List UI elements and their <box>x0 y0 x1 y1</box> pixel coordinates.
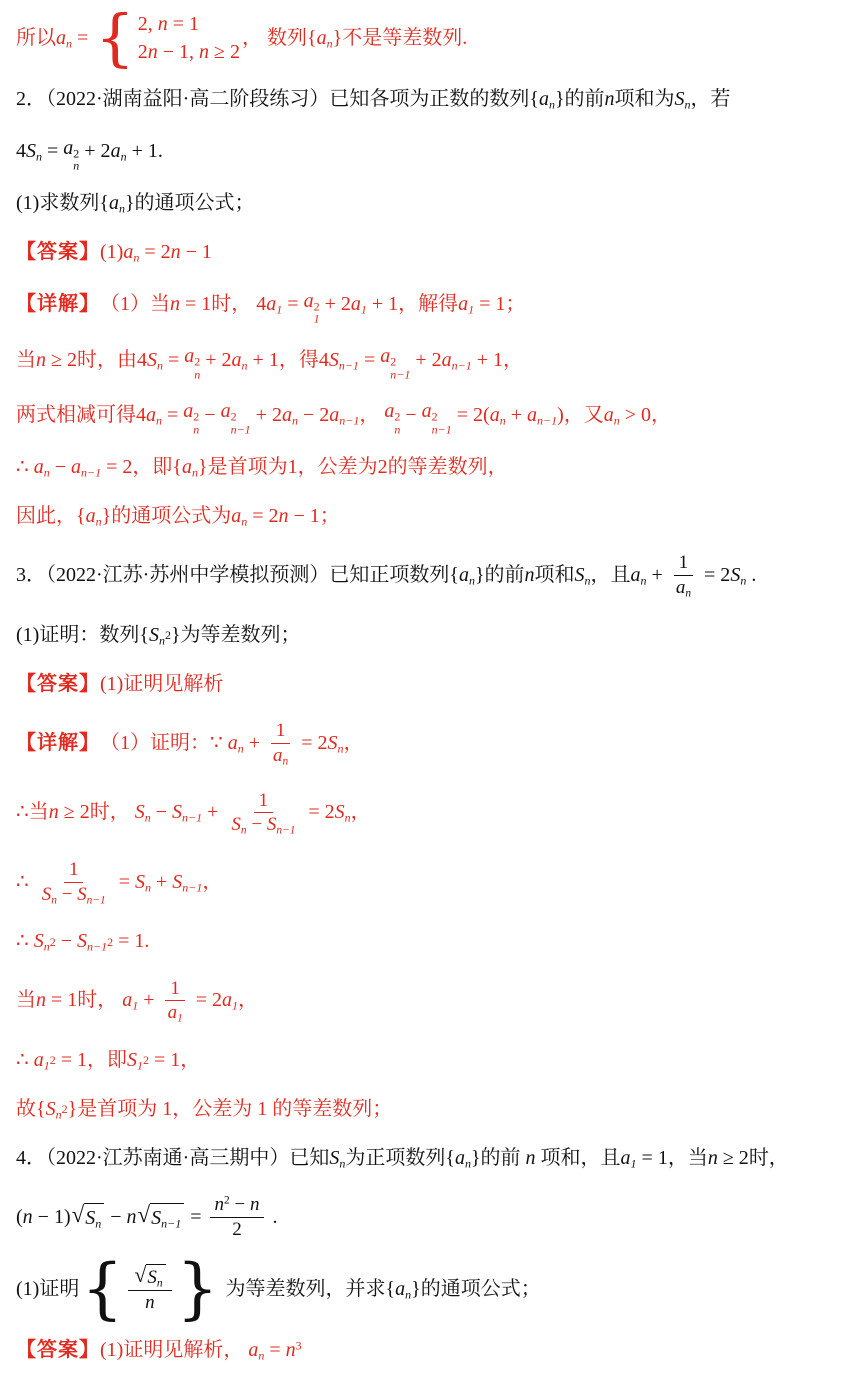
fraction-denominator: n <box>140 1291 160 1315</box>
text-line-13: 【答案】(1)证明见解析 <box>16 670 833 698</box>
math-operator: − 1 <box>181 239 212 266</box>
math-operator: . <box>267 1204 277 1231</box>
math-operator: ∴ <box>16 799 29 826</box>
math-variable: Sn <box>85 1207 101 1229</box>
math-operator: + <box>138 987 159 1014</box>
sub-sup-stack: 2n−1 <box>432 411 452 436</box>
text-run: 因此， <box>16 503 76 530</box>
cases-rows: 2, n = 12n − 1, n ≥ 2 <box>138 12 240 64</box>
math-variable: Sn <box>34 928 50 955</box>
variable-base: S <box>135 801 145 823</box>
math-operator: { <box>445 1145 455 1172</box>
math-variable: an <box>182 454 198 481</box>
math-operator: 1 <box>170 978 180 999</box>
variable-base: a <box>380 345 390 367</box>
variable-base: a <box>109 192 119 214</box>
math-subscript: n−1 <box>87 940 107 954</box>
math-variable: a1 <box>351 291 367 318</box>
math-variable: an <box>273 745 288 766</box>
text-line-12: (1)证明：数列{Sn2}为等差数列； <box>16 621 833 649</box>
variable-base: S <box>147 1267 157 1288</box>
text-run: 是首项为 <box>208 454 288 481</box>
variable-base: a <box>621 1147 631 1169</box>
text-run: ， <box>238 987 258 1014</box>
math-operator: − <box>57 884 77 905</box>
text-line-19: ∴ a12 = 1，即S12 = 1， <box>16 1046 833 1074</box>
math-operator: } <box>68 1096 78 1123</box>
math-subscript: n <box>157 1277 163 1289</box>
math-operator: + 2 <box>410 347 441 374</box>
marker-label: 【答案】 <box>16 1337 100 1364</box>
radicand: Sn−1 <box>150 1203 184 1232</box>
math-variable: an <box>232 347 248 374</box>
fraction: 1Sn − Sn−1 <box>226 789 300 838</box>
math-variable: Sn−1 <box>329 347 359 374</box>
math-variable: an <box>56 25 72 52</box>
variable-base: a <box>304 290 314 312</box>
math-operator: + <box>244 730 265 757</box>
text-run: 两式相减可得 <box>16 402 136 429</box>
math-variable: Sn <box>42 884 57 905</box>
math-operator: = 1 <box>168 13 199 35</box>
math-operator: . <box>746 562 756 589</box>
math-variable: a1 <box>266 291 282 318</box>
text-run: ，又 <box>564 402 604 429</box>
text-run: 是首项为 1，公差为 1 的等差数列； <box>77 1096 392 1123</box>
math-variable: Sn−1 <box>172 799 202 826</box>
math-operator: 4 <box>16 138 26 165</box>
math-operator: = <box>359 347 380 374</box>
math-operator: + 1 <box>367 291 398 318</box>
math-operator: + 1. <box>127 138 163 165</box>
text-run: 当 <box>16 347 36 374</box>
text-run: 项和为 <box>615 86 675 113</box>
math-variable: a2n <box>184 343 200 377</box>
variable-base: a <box>222 989 232 1011</box>
text-line-4: (1)求数列{an}的通项公式； <box>16 190 833 218</box>
variable-base: a <box>266 293 276 315</box>
math-operator: − 1, <box>158 41 199 63</box>
sub-sup-stack: 2n <box>73 147 79 172</box>
math-variable: an <box>490 402 506 429</box>
math-operator: − <box>50 454 71 481</box>
math-subscript: n <box>685 588 691 600</box>
variable-base: S <box>85 1207 95 1229</box>
variable-base: a <box>122 989 132 1011</box>
variable-base: S <box>149 624 159 646</box>
left-brace-icon: { <box>95 12 134 65</box>
math-operator: 1 <box>288 454 298 481</box>
variable-base: S <box>147 349 157 371</box>
math-operator: } <box>471 1145 481 1172</box>
math-variable: Sn <box>231 814 246 835</box>
math-superscript: 2 <box>194 356 200 369</box>
math-variable: Sn <box>147 347 163 374</box>
variable-base: a <box>676 577 686 598</box>
variable-base: a <box>168 1002 178 1023</box>
math-operator: 4 <box>137 347 147 374</box>
math-subscript: n−1 <box>87 894 106 906</box>
math-subscript: n−1 <box>182 811 202 825</box>
variable-base: a <box>86 505 96 527</box>
math-operator: { <box>76 503 86 530</box>
math-subscript: n−1 <box>182 881 202 895</box>
radical-icon: √ <box>134 1264 146 1287</box>
math-operator: = 1 <box>46 987 77 1014</box>
math-variable: S1 <box>127 1047 143 1074</box>
math-operator: 1 <box>259 790 269 811</box>
math-subscript: n−1 <box>231 423 251 436</box>
math-variable: a1 <box>621 1145 637 1172</box>
text-line-21: 4．（2022·江苏南通·高三期中）已知Sn为正项数列{an}的前 n 项和，且… <box>16 1144 833 1172</box>
variable-base: S <box>730 564 740 586</box>
text-line-9: ∴ an − an−1 = 2，即{an}是首项为1，公差为2的等差数列， <box>16 453 833 481</box>
math-variable: n3 <box>286 1337 302 1364</box>
sub-sup-stack: 2n <box>394 411 400 436</box>
math-superscript: 2 <box>193 411 199 424</box>
math-operator: = <box>72 25 93 52</box>
variable-base: S <box>172 801 182 823</box>
variable-base: a <box>71 456 81 478</box>
math-superscript: 2 <box>394 411 400 424</box>
fraction-denominator: Sn − Sn−1 <box>226 813 300 837</box>
math-superscript: 2 <box>314 300 320 313</box>
math-operator: { <box>139 622 149 649</box>
text-line-24: 【答案】(1)证明见解析， an = n3 <box>16 1337 833 1365</box>
math-subscript: n <box>394 423 400 436</box>
text-line-14: 【详解】（1）证明：∵ an + 1an = 2Sn， <box>16 719 833 768</box>
variable-base: a <box>351 293 361 315</box>
variable-base: a <box>63 137 73 159</box>
variable-base: S <box>675 88 685 110</box>
math-operator: + 1 <box>472 347 503 374</box>
text-line-3: 4Sn = a2n + 2an + 1. <box>16 135 833 169</box>
math-variable: an−1 <box>71 454 101 481</box>
text-run: 时， <box>90 799 135 826</box>
text-run: ； <box>505 291 525 318</box>
text-run: 3．（2022·江苏·苏州中学模拟预测）已知正项数列 <box>16 562 449 589</box>
math-operator: 2 <box>232 1219 242 1240</box>
text-run: ， <box>344 730 364 757</box>
math-variable: an <box>146 402 162 429</box>
variable-base: a <box>539 88 549 110</box>
math-subscript: n−1 <box>276 825 295 837</box>
math-operator: − <box>199 402 220 429</box>
fraction-numerator: 1 <box>674 551 694 576</box>
text-line-20: 故{Sn2}是首项为 1，公差为 1 的等差数列； <box>16 1095 833 1123</box>
math-subscript: n−1 <box>339 413 359 427</box>
fraction: √Snn <box>128 1264 171 1315</box>
math-variable: Sn <box>575 562 591 589</box>
math-operator: 2 <box>378 454 388 481</box>
math-operator: + <box>506 402 527 429</box>
math-operator: − <box>151 799 172 826</box>
variable-base: S <box>46 1098 56 1120</box>
variable-base: a <box>604 404 614 426</box>
fraction: 1Sn − Sn−1 <box>37 858 111 907</box>
text-run: 故 <box>16 1096 36 1123</box>
math-variable: a2n <box>384 398 400 432</box>
text-line-22: (n − 1)√Sn − n√Sn−1 = n2 − n2 . <box>16 1193 833 1242</box>
math-operator: = 1 <box>474 291 505 318</box>
variable-base: a <box>458 293 468 315</box>
variable-base: S <box>151 1207 161 1229</box>
math-subscript: n−1 <box>81 466 101 480</box>
text-run: ， <box>359 402 384 429</box>
math-variable: an <box>282 402 298 429</box>
math-variable: n <box>605 86 615 113</box>
math-operator: = 2 <box>296 730 327 757</box>
variable-base: a <box>232 349 242 371</box>
math-operator: − 2 <box>298 402 329 429</box>
math-variable: an <box>604 402 620 429</box>
variable-base: a <box>182 456 192 478</box>
math-operator: = <box>282 291 303 318</box>
math-operator: 4 <box>319 347 329 374</box>
variable-base: S <box>329 349 339 371</box>
math-operator: ) <box>557 402 564 429</box>
math-operator: } <box>555 86 565 113</box>
math-variable: n <box>23 1204 33 1231</box>
math-variable: an−1 <box>527 402 557 429</box>
math-operator: ≥ 2 <box>46 347 77 374</box>
math-subscript: n−1 <box>339 358 359 372</box>
math-variable: a2n <box>63 135 79 169</box>
sub-sup-stack: 2n <box>194 356 200 381</box>
marker-label: 【答案】 <box>16 671 100 698</box>
math-subscript: n−1 <box>161 1217 181 1231</box>
math-operator: ≥ 2 <box>209 41 240 63</box>
math-operator: = <box>264 1337 285 1364</box>
math-operator: − 1) <box>33 1204 71 1231</box>
math-variable: a2n <box>183 398 199 432</box>
text-run: 为正项数列 <box>345 1145 445 1172</box>
text-run: (1)求数列 <box>16 190 99 217</box>
radicand: Sn <box>84 1203 104 1232</box>
text-line-11: 3．（2022·江苏·苏州中学模拟预测）已知正项数列{an}的前n项和Sn，且a… <box>16 551 833 600</box>
fraction: 1a1 <box>163 977 188 1026</box>
math-variable: an <box>86 503 102 530</box>
math-operator: = 1. <box>113 928 149 955</box>
math-operator: + <box>151 869 172 896</box>
math-operator: = 2 <box>191 987 222 1014</box>
text-run: ， 数列 <box>242 25 307 52</box>
variable-base: a <box>317 27 327 49</box>
math-operator: { <box>307 25 317 52</box>
radical-icon: √ <box>138 1203 151 1227</box>
variable-base: a <box>146 404 156 426</box>
text-line-8: 两式相减可得4an = a2n − a2n−1 + 2an − 2an−1， a… <box>16 398 833 432</box>
math-operator: = 1 <box>180 291 211 318</box>
math-operator: + 2 <box>251 402 282 429</box>
math-operator: = <box>114 869 135 896</box>
math-operator: = 2 <box>247 503 278 530</box>
variable-base: S <box>329 1147 339 1169</box>
math-variable: n <box>199 41 209 63</box>
text-run: ，当 <box>668 1145 708 1172</box>
math-variable: n <box>49 799 59 826</box>
math-operator: − <box>105 1204 126 1231</box>
variable-base: S <box>34 930 44 952</box>
math-superscript: 2 <box>73 147 79 160</box>
text-run: （1）当 <box>100 291 170 318</box>
math-variable: n2 <box>215 1194 230 1215</box>
variable-base: n <box>286 1339 296 1361</box>
math-operator: = 1 <box>637 1145 668 1172</box>
variable-base: a <box>455 1147 465 1169</box>
math-subscript: n <box>73 160 79 173</box>
variable-base: S <box>267 814 277 835</box>
text-line-23: (1)证明{√Snn} 为等差数列，并求{an}的通项公式； <box>16 1263 833 1316</box>
math-variable: a2n−1 <box>380 343 410 377</box>
math-variable: n <box>525 562 535 589</box>
math-variable: Sn <box>328 730 344 757</box>
math-variable: Sn <box>26 138 42 165</box>
variable-base: a <box>183 400 193 422</box>
math-operator: = <box>185 1204 206 1231</box>
math-variable: a1 <box>458 291 474 318</box>
math-operator: 1 <box>679 552 689 573</box>
text-run: ，即 <box>132 454 172 481</box>
radicand: Sn <box>146 1264 165 1290</box>
square-root: √Sn <box>72 1203 105 1232</box>
variable-base: S <box>575 564 585 586</box>
math-variable: an <box>539 86 555 113</box>
math-variable: n <box>36 347 46 374</box>
math-subscript: n−1 <box>452 358 472 372</box>
variable-base: a <box>34 456 44 478</box>
math-subscript: n−1 <box>537 413 557 427</box>
math-variable: an <box>248 1337 264 1364</box>
math-variable: Sn <box>149 622 165 649</box>
math-subscript: n−1 <box>390 368 410 381</box>
math-operator: − <box>56 928 77 955</box>
sub-sup-stack: 21 <box>314 300 320 325</box>
math-variable: an <box>317 25 333 52</box>
variable-base: a <box>56 27 66 49</box>
text-run: 为等差数列，并求 <box>221 1276 386 1303</box>
math-operator: + 2 <box>200 347 231 374</box>
text-run: (1)证明见解析， <box>100 1337 248 1364</box>
text-run: 项和，且 <box>536 1145 621 1172</box>
math-variable: an <box>676 577 691 598</box>
variable-base: S <box>42 884 52 905</box>
math-operator: = <box>42 138 63 165</box>
math-variable: an−1 <box>442 347 472 374</box>
text-run: 时，由 <box>77 347 137 374</box>
math-operator: { <box>449 562 459 589</box>
text-run: 2．（2022·湖南益阳·高二阶段练习）已知各项为正数的数列 <box>16 86 529 113</box>
text-run: 的通项公式为 <box>111 503 231 530</box>
text-run: (1)证明 <box>16 1276 79 1303</box>
math-operator: = 2 <box>139 239 170 266</box>
math-variable: Sn <box>147 1267 162 1288</box>
variable-base: n <box>215 1194 225 1215</box>
braced-group: {√Snn} <box>81 1263 218 1316</box>
math-operator: { <box>386 1276 396 1303</box>
variable-base: a <box>282 404 292 426</box>
text-run: 为等差数列； <box>181 622 301 649</box>
math-subscript: n <box>283 755 289 767</box>
math-variable: Sn <box>135 869 151 896</box>
math-operator: ∴ <box>16 869 34 896</box>
math-operator: 2 <box>138 41 148 63</box>
math-operator: ∴ <box>16 454 34 481</box>
math-operator: ≥ 2 <box>59 799 90 826</box>
text-run: 4．（2022·江苏南通·高三期中）已知 <box>16 1145 329 1172</box>
variable-base: a <box>422 400 432 422</box>
math-variable: a1 <box>34 1047 50 1074</box>
text-run: 的前 <box>485 562 525 589</box>
document-page: 所以an = {2, n = 12n − 1, n ≥ 2， 数列{an}不是等… <box>0 0 847 1375</box>
math-variable: n <box>158 13 168 35</box>
math-operator: { <box>172 454 182 481</box>
text-line-2: 2．（2022·湖南益阳·高二阶段练习）已知各项为正数的数列{an}的前n项和为… <box>16 86 833 114</box>
text-run: ， <box>202 869 222 896</box>
fraction-numerator: n2 − n <box>210 1193 265 1218</box>
math-subscript: 1 <box>177 1013 183 1025</box>
text-line-1: 所以an = {2, n = 12n − 1, n ≥ 2， 数列{an}不是等… <box>16 12 833 65</box>
text-run: ，解得 <box>398 291 458 318</box>
variable-base: a <box>395 1278 405 1300</box>
text-line-15: ∴当n ≥ 2时， Sn − Sn−1 + 1Sn − Sn−1 = 2Sn， <box>16 789 833 838</box>
text-line-10: 因此，{an}的通项公式为an = 2n − 1； <box>16 502 833 530</box>
text-run: ； <box>320 503 340 530</box>
math-superscript: 2 <box>432 411 438 424</box>
variable-base: a <box>34 1049 44 1071</box>
text-run: 的通项公式； <box>421 1276 541 1303</box>
math-operator: 1 <box>276 720 286 741</box>
math-operator: } <box>475 562 485 589</box>
math-operator: = 2( <box>452 402 490 429</box>
math-variable: an <box>455 1145 471 1172</box>
variable-base: a <box>248 1339 258 1361</box>
math-variable: n <box>526 1145 536 1172</box>
text-run: ， <box>180 1047 200 1074</box>
math-operator: + 2 <box>320 291 351 318</box>
variable-base: a <box>490 404 500 426</box>
radical-icon: √ <box>72 1203 85 1227</box>
text-run: 的等差数列， <box>388 454 508 481</box>
math-variable: a1 <box>168 1002 183 1023</box>
math-operator: { <box>529 86 539 113</box>
math-variable: a2n−1 <box>221 398 251 432</box>
math-operator: − <box>247 814 267 835</box>
text-run: 项和 <box>535 562 575 589</box>
variable-base: a <box>631 564 641 586</box>
square-root: √Sn−1 <box>138 1203 185 1232</box>
marker-label: 【答案】 <box>16 239 100 266</box>
math-operator: + <box>202 799 223 826</box>
math-variable: n <box>171 239 181 266</box>
piecewise-cases: {2, n = 12n − 1, n ≥ 2 <box>95 12 240 65</box>
text-run: ，且 <box>591 562 631 589</box>
text-run: 当 <box>16 987 36 1014</box>
math-operator: − 1 <box>289 503 320 530</box>
fraction-numerator: 1 <box>254 789 274 814</box>
math-variable: an <box>111 138 127 165</box>
math-variable: n <box>36 987 46 1014</box>
cases-row: 2, n = 1 <box>138 12 240 36</box>
math-variable: Sn <box>46 1096 62 1123</box>
math-operator: = <box>162 402 183 429</box>
math-operator: ≥ 2 <box>718 1145 749 1172</box>
math-operator: ∴ <box>16 928 34 955</box>
math-variable: a1 <box>122 987 138 1014</box>
math-variable: Sn−1 <box>151 1207 181 1229</box>
math-operator: } <box>333 25 343 52</box>
math-operator: 4 <box>136 402 146 429</box>
